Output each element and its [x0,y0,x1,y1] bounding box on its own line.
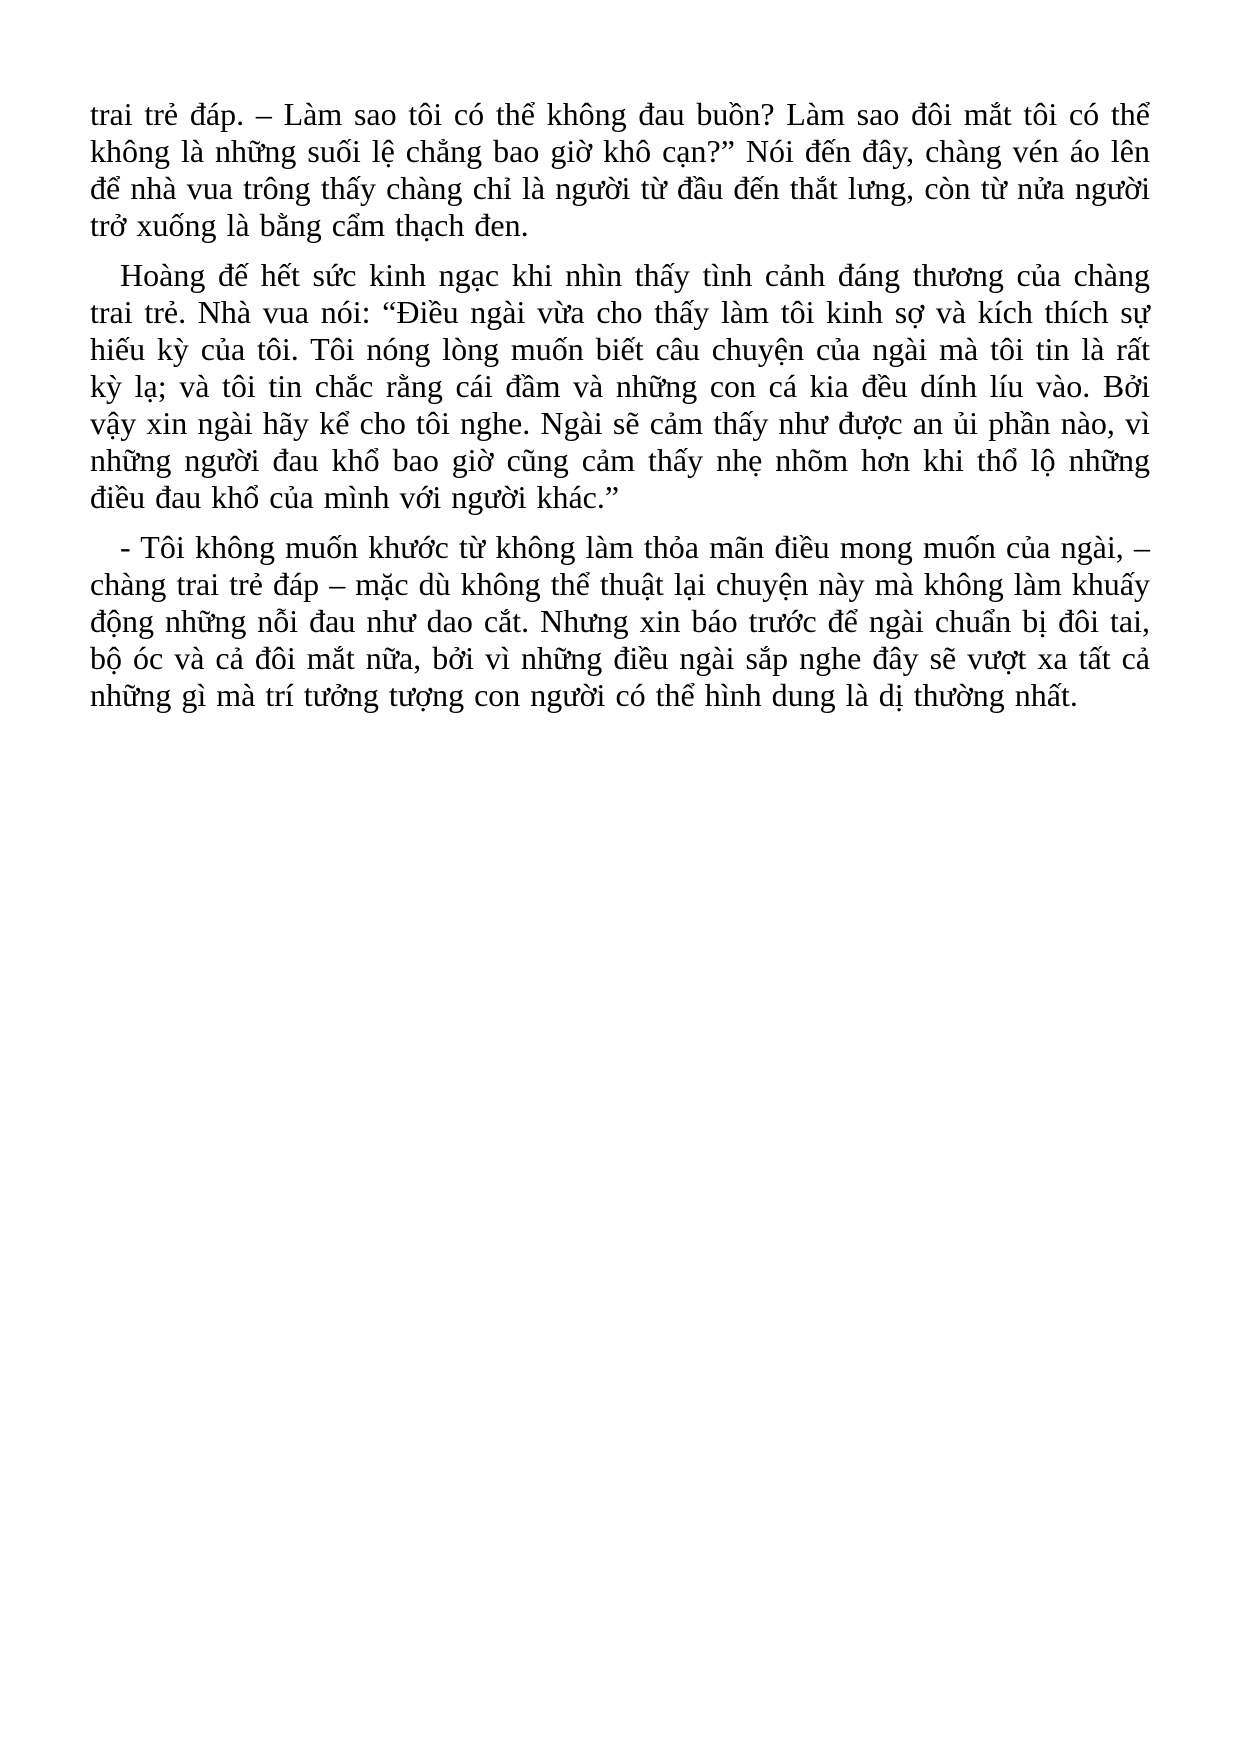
paragraph-continuation: trai trẻ đáp. – Làm sao tôi có thể không… [90,96,1150,244]
paragraph-emperor-reaction: Hoàng đế hết sức kinh ngạc khi nhìn thấy… [90,257,1150,516]
document-page: trai trẻ đáp. – Làm sao tôi có thể không… [0,0,1240,1754]
paragraph-young-man-reply: - Tôi không muốn khước từ không làm thỏa… [90,529,1150,714]
